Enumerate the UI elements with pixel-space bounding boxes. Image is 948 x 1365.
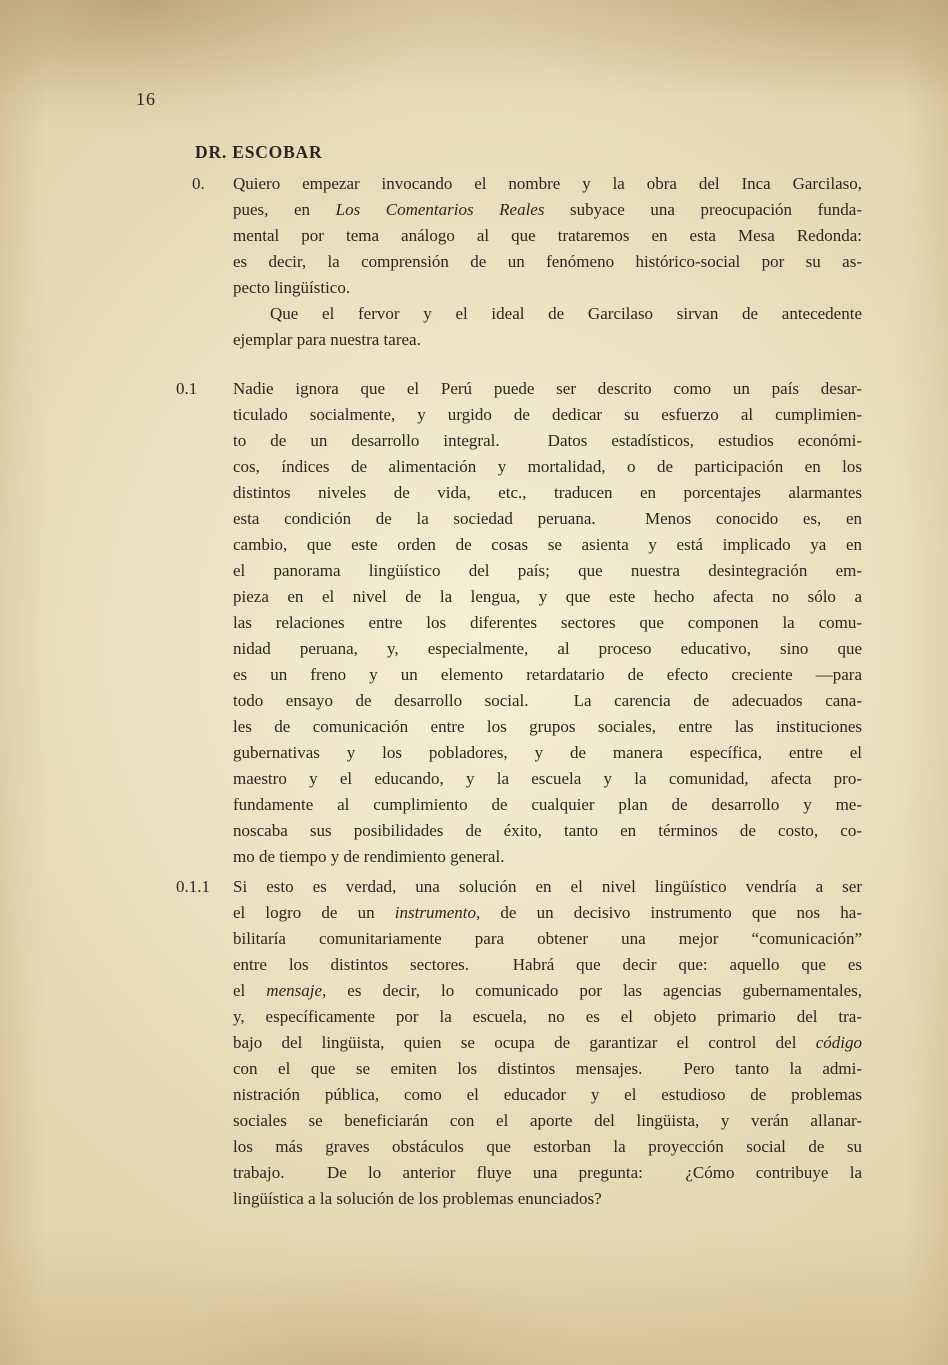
text-line: lingüística a la solución de los problem… [233, 1186, 862, 1212]
page-number: 16 [136, 89, 156, 110]
text-line: ticulado socialmente, y urgido de dedica… [233, 402, 862, 428]
text-line: pieza en el nivel de la lengua, y que es… [233, 584, 862, 610]
paragraph: 0.Quiero empezar invocando el nombre y l… [176, 171, 862, 301]
paragraph: 0.1Nadie ignora que el Perú puede ser de… [176, 376, 862, 870]
text-line: entre los distintos sectores. Habrá que … [233, 952, 862, 978]
paragraph-lines: Quiero empezar invocando el nombre y la … [233, 171, 862, 301]
text-line: noscaba sus posibilidades de éxito, tant… [233, 818, 862, 844]
text-line: Nadie ignora que el Perú puede ser descr… [233, 376, 862, 402]
paragraph-label: 0.1 [176, 376, 233, 402]
text-line: bajo del lingüista, quien se ocupa de ga… [233, 1030, 862, 1056]
book-page: 16 DR. ESCOBAR 0.Quiero empezar invocand… [0, 0, 948, 1365]
text-line: el mensaje, es decir, lo comunicado por … [233, 978, 862, 1004]
text-line: el logro de un instrumento, de un decisi… [233, 900, 862, 926]
paragraph: 0.1.1Si esto es verdad, una solución en … [176, 874, 862, 1212]
text-line: distintos niveles de vida, etc., traduce… [233, 480, 862, 506]
text-line: nistración pública, como el educador y e… [233, 1082, 862, 1108]
text-line: todo ensayo de desarrollo social. La car… [233, 688, 862, 714]
text-line: mo de tiempo y de rendimiento general. [233, 844, 862, 870]
text-line: trabajo. De lo anterior fluye una pregun… [233, 1160, 862, 1186]
italic-text: código [816, 1033, 862, 1052]
text-line: gubernativas y los pobladores, y de mane… [233, 740, 862, 766]
text-line: Que el fervor y el ideal de Garcilaso si… [233, 301, 862, 327]
text-line: Quiero empezar invocando el nombre y la … [233, 171, 862, 197]
text-line: pues, en Los Comentarios Reales subyace … [233, 197, 862, 223]
paragraph-lines: Que el fervor y el ideal de Garcilaso si… [233, 301, 862, 353]
text-line: to de un desarrollo integral. Datos esta… [233, 428, 862, 454]
text-line: sociales se beneficiarán con el aporte d… [233, 1108, 862, 1134]
paragraph-lines: Nadie ignora que el Perú puede ser descr… [233, 376, 862, 870]
text-line: mental por tema análogo al que trataremo… [233, 223, 862, 249]
text-line: Si esto es verdad, una solución en el ni… [233, 874, 862, 900]
text-line: maestro y el educando, y la escuela y la… [233, 766, 862, 792]
italic-text: Los Comentarios Reales [336, 200, 545, 219]
text-line: cambio, que este orden de cosas se asien… [233, 532, 862, 558]
paragraph-label: 0.1.1 [176, 874, 233, 900]
speaker-heading: DR. ESCOBAR [195, 142, 322, 163]
text-line: los más graves obstáculos que estorban l… [233, 1134, 862, 1160]
text-line: pecto lingüístico. [233, 275, 862, 301]
italic-text: mensaje, [266, 981, 326, 1000]
text-line: esta condición de la sociedad peruana. M… [233, 506, 862, 532]
text-line: cos, índices de alimentación y mortalida… [233, 454, 862, 480]
text-line: y, específicamente por la escuela, no es… [233, 1004, 862, 1030]
paragraph-lines: Si esto es verdad, una solución en el ni… [233, 874, 862, 1212]
text-line: fundamente al cumplimiento de cualquier … [233, 792, 862, 818]
text-line: el panorama lingüístico del país; que nu… [233, 558, 862, 584]
text-line: ejemplar para nuestra tarea. [233, 327, 862, 353]
italic-text: instrumento, [395, 903, 480, 922]
text-line: bilitaría comunitariamente para obtener … [233, 926, 862, 952]
text-line: nidad peruana, y, especialmente, al proc… [233, 636, 862, 662]
text-line: es un freno y un elemento retardatario d… [233, 662, 862, 688]
paragraph: Que el fervor y el ideal de Garcilaso si… [176, 301, 862, 353]
text-line: les de comunicación entre los grupos soc… [233, 714, 862, 740]
text-line: con el que se emiten los distintos mensa… [233, 1056, 862, 1082]
text-line: es decir, la comprensión de un fenómeno … [233, 249, 862, 275]
paragraph-label: 0. [176, 171, 233, 197]
text-line: las relaciones entre los diferentes sect… [233, 610, 862, 636]
